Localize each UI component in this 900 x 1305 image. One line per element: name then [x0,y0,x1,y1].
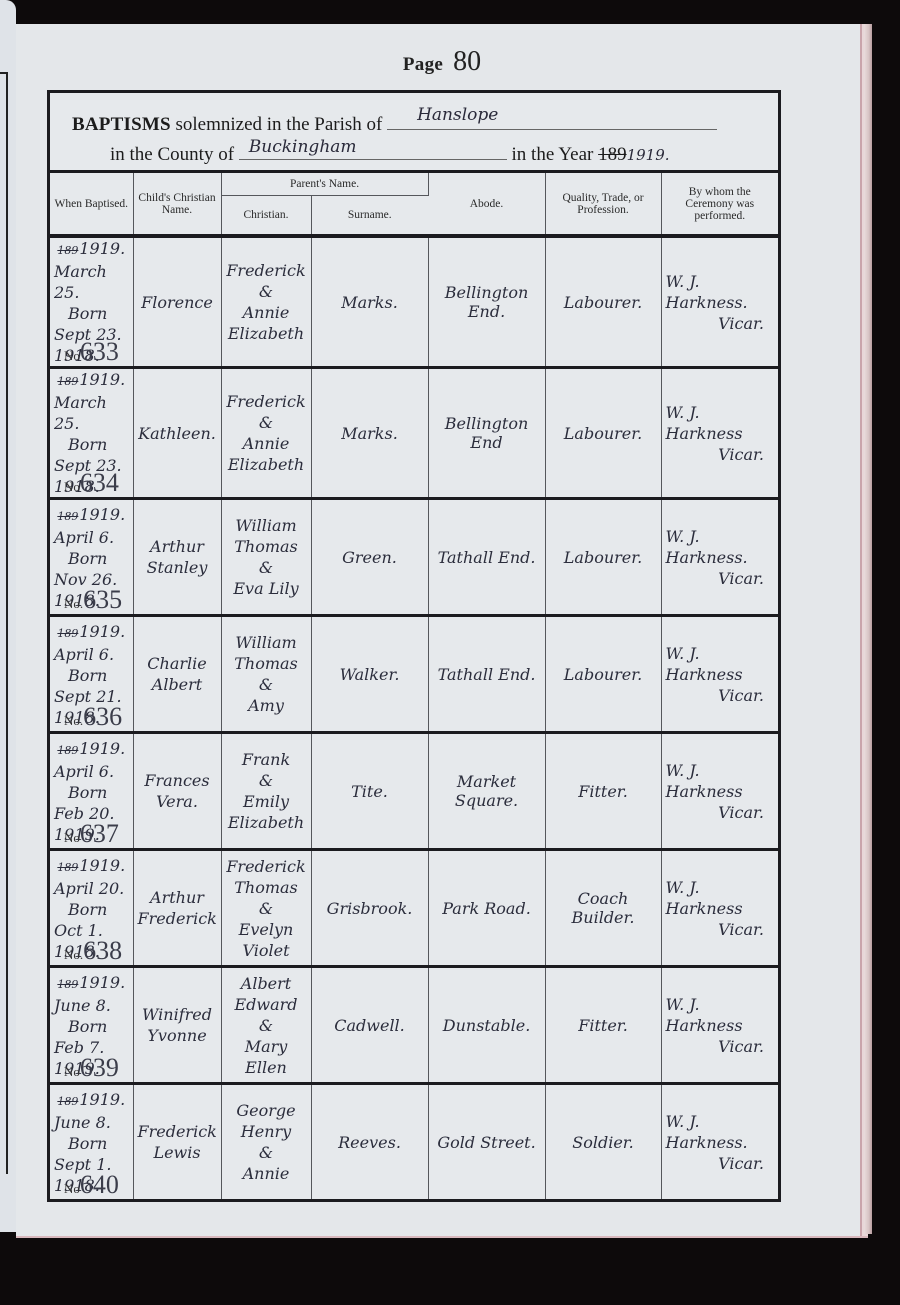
entry-number: No.635 [64,591,122,612]
child-name-cell: Florence [133,236,221,368]
child-line: Winifred [138,1004,217,1025]
child-line: Vera. [138,791,217,812]
when-baptised-cell: 1891919. June 8. Born Sept 1. 1918. No64… [50,1084,133,1200]
parents-christian-line: Emily [226,791,307,812]
year-label: in the Year [512,144,594,165]
parents-christian-line: & [226,674,307,695]
table-row: 1891919. April 6. Born Feb 20. 1919. No6… [50,733,778,850]
parents-christian-line: George [226,1100,307,1121]
facing-page-edge [0,0,16,1232]
quality-cell: Labourer. [545,368,661,499]
child-line: Albert [138,674,217,695]
parents-christian-line: Thomas [226,877,307,898]
quality-cell: Coach Builder. [545,850,661,967]
parents-christian-cell: Frederick&AnnieElizabeth [221,236,311,368]
abode-cell: Bellington End [428,368,545,499]
quality-cell: Labourer. [545,236,661,368]
parents-christian-line: William [226,632,307,653]
parents-christian-line: & [226,1142,307,1163]
parents-christian-line: Henry [226,1121,307,1142]
abode-cell: Gold Street. [428,1084,545,1200]
col-child-name: Child's Christian Name. [133,173,221,236]
page-number-value: 80 [453,46,481,77]
by-whom-line: W. J. Harkness [666,877,775,919]
when-baptised-cell: 1891919. April 6. Born Sept 21. 1918. No… [50,616,133,733]
child-name-cell: FrancesVera. [133,733,221,850]
entry-number: No.636 [64,708,122,729]
when-baptised-cell: 1891919. April 6. Born Feb 20. 1919. No6… [50,733,133,850]
parents-christian-line: & [226,281,307,302]
table-row: 1891919. March 25. Born Sept 23. 1918. N… [50,368,778,499]
parents-christian-line: Thomas [226,653,307,674]
by-whom-line: Vicar. [666,444,765,465]
surname-cell: Reeves. [311,1084,428,1200]
county-field: Buckingham [239,139,507,160]
county-value: Buckingham [249,137,357,157]
parents-christian-line: & [226,1015,307,1036]
year-printed: 189 [598,144,627,165]
parents-christian-line: & [226,412,307,433]
entry-number: No633 [64,343,119,364]
officiant-cell: W. J. HarknessVicar. [661,967,778,1084]
parish-value: Hanslope [417,105,498,125]
parish-line: BAPTISMS solemnized in the Parish of Han… [72,109,717,136]
by-whom-line: Vicar. [666,1153,765,1174]
by-whom-line: W. J. Harkness [666,643,775,685]
child-line: Yvonne [138,1025,217,1046]
by-whom-line: Vicar. [666,568,765,589]
parents-christian-cell: FrederickThomas&Evelyn Violet [221,850,311,967]
page-stack-edge [864,24,872,1234]
surname-cell: Tite. [311,733,428,850]
parents-christian-line: Eva Lily [226,578,307,599]
parents-christian-line: & [226,770,307,791]
abode-cell: Market Square. [428,733,545,850]
col-parent-surname: Surname. [311,196,428,237]
parents-christian-line: Albert [226,973,307,994]
by-whom-line: Vicar. [666,1036,765,1057]
parents-christian-line: Frank [226,749,307,770]
parish-label: solemnized in the Parish of [175,114,382,135]
by-whom-line: Vicar. [666,313,765,334]
abode-cell: Bellington End. [428,236,545,368]
child-name-cell: ArthurStanley [133,499,221,616]
quality-cell: Soldier. [545,1084,661,1200]
parents-christian-line: & [226,898,307,919]
parents-christian-line: Annie [226,433,307,454]
surname-cell: Walker. [311,616,428,733]
officiant-cell: W. J. Harkness.Vicar. [661,499,778,616]
quality-cell: Fitter. [545,967,661,1084]
officiant-cell: W. J. HarknessVicar. [661,850,778,967]
col-abode: Abode. [428,173,545,236]
surname-cell: Grisbrook. [311,850,428,967]
parents-christian-line: Evelyn Violet [226,919,307,961]
parents-christian-line: Frederick [226,391,307,412]
child-name-cell: WinifredYvonne [133,967,221,1084]
when-baptised-cell: 1891919. April 20. Born Oct 1. 1918. No.… [50,850,133,967]
parents-christian-line: Elizabeth [226,812,307,833]
by-whom-line: Vicar. [666,685,765,706]
county-label: in the County of [110,144,234,165]
parents-christian-line: Annie [226,302,307,323]
child-line: Lewis [138,1142,217,1163]
officiant-cell: W. J. Harkness.Vicar. [661,1084,778,1200]
by-whom-line: W. J. Harkness [666,760,775,802]
parents-christian-line: Annie [226,1163,307,1184]
parents-christian-line: Edward [226,994,307,1015]
register-page: Page 80 BAPTISMS solemnized in the Paris… [16,24,868,1238]
parents-christian-cell: GeorgeHenry&Annie [221,1084,311,1200]
child-name-cell: FrederickLewis [133,1084,221,1200]
surname-cell: Marks. [311,368,428,499]
child-line: Kathleen. [138,423,217,444]
child-name-cell: CharlieAlbert [133,616,221,733]
quality-cell: Labourer. [545,616,661,733]
col-parents-name: Parent's Name. [221,173,428,196]
child-line: Frederick [138,1121,217,1142]
baptisms-heading: BAPTISMS [72,114,171,135]
child-line: Arthur [138,887,217,908]
when-baptised-cell: 1891919. April 6. Born Nov 26. 1918. No.… [50,499,133,616]
quality-cell: Fitter. [545,733,661,850]
entry-number: No637 [64,825,119,846]
parents-christian-cell: WilliamThomas&Eva Lily [221,499,311,616]
col-when-baptised: When Baptised. [50,173,133,236]
by-whom-line: W. J. Harkness. [666,271,775,313]
surname-cell: Cadwell. [311,967,428,1084]
parents-christian-line: Thomas [226,536,307,557]
surname-cell: Marks. [311,236,428,368]
parents-christian-line: Frederick [226,260,307,281]
entry-number: No.638 [64,942,122,963]
entry-number: No639 [64,1059,119,1080]
parents-christian-line: Mary Ellen [226,1036,307,1078]
when-baptised-cell: 1891919. March 25. Born Sept 23. 1918. N… [50,368,133,499]
by-whom-line: W. J. Harkness. [666,526,775,568]
parents-christian-line: Elizabeth [226,454,307,475]
child-line: Stanley [138,557,217,578]
child-line: Arthur [138,536,217,557]
officiant-cell: W. J. Harkness.Vicar. [661,236,778,368]
by-whom-line: W. J. Harkness [666,994,775,1036]
parents-christian-cell: WilliamThomas&Amy [221,616,311,733]
table-row: 1891919. March 25. Born Sept 23. 1918. N… [50,236,778,368]
child-name-cell: Kathleen. [133,368,221,499]
table-row: 1891919. April 20. Born Oct 1. 1918. No.… [50,850,778,967]
parents-christian-cell: AlbertEdward&Mary Ellen [221,967,311,1084]
entry-number: No640 [64,1176,119,1197]
child-name-cell: ArthurFrederick [133,850,221,967]
facing-page-frame [0,72,8,1174]
by-whom-line: Vicar. [666,919,765,940]
by-whom-line: W. J. Harkness. [666,1111,775,1153]
baptism-register: BAPTISMS solemnized in the Parish of Han… [47,90,781,1202]
child-line: Frederick [138,908,217,929]
surname-cell: Green. [311,499,428,616]
abode-cell: Park Road. [428,850,545,967]
parents-christian-line: Frederick [226,856,307,877]
parents-christian-line: William [226,515,307,536]
parents-christian-line: Elizabeth [226,323,307,344]
when-baptised-cell: 1891919. March 25. Born Sept 23. 1918. N… [50,236,133,368]
baptism-table: When Baptised. Child's Christian Name. P… [50,173,778,1199]
child-line: Charlie [138,653,217,674]
register-title: BAPTISMS solemnized in the Parish of Han… [50,93,778,173]
table-row: 1891919. June 8. Born Feb 7. 1919. No639… [50,967,778,1084]
table-row: 1891919. June 8. Born Sept 1. 1918. No64… [50,1084,778,1200]
col-by-whom: By whom the Ceremony was performed. [661,173,778,236]
child-line: Florence [138,292,217,313]
quality-cell: Labourer. [545,499,661,616]
parish-field: Hanslope [387,109,717,130]
parents-christian-line: & [226,557,307,578]
child-line: Frances [138,770,217,791]
abode-cell: Tathall End. [428,616,545,733]
abode-cell: Dunstable. [428,967,545,1084]
table-row: 1891919. April 6. Born Sept 21. 1918. No… [50,616,778,733]
by-whom-line: W. J. Harkness [666,402,775,444]
table-row: 1891919. April 6. Born Nov 26. 1918. No.… [50,499,778,616]
page-label: Page [403,54,443,75]
col-parent-christian: Christian. [221,196,311,237]
parents-christian-line: Amy [226,695,307,716]
year-written: 1919. [627,146,670,164]
county-line: in the County of Buckingham in the Year … [110,139,670,166]
officiant-cell: W. J. HarknessVicar. [661,733,778,850]
when-baptised-cell: 1891919. June 8. Born Feb 7. 1919. No639 [50,967,133,1084]
officiant-cell: W. J. HarknessVicar. [661,368,778,499]
parents-christian-cell: Frank&EmilyElizabeth [221,733,311,850]
entry-number: No634 [64,474,119,495]
parents-christian-cell: Frederick&AnnieElizabeth [221,368,311,499]
officiant-cell: W. J. HarknessVicar. [661,616,778,733]
page-number: Page 80 [16,46,868,78]
by-whom-line: Vicar. [666,802,765,823]
abode-cell: Tathall End. [428,499,545,616]
col-quality: Quality, Trade, or Profession. [545,173,661,236]
